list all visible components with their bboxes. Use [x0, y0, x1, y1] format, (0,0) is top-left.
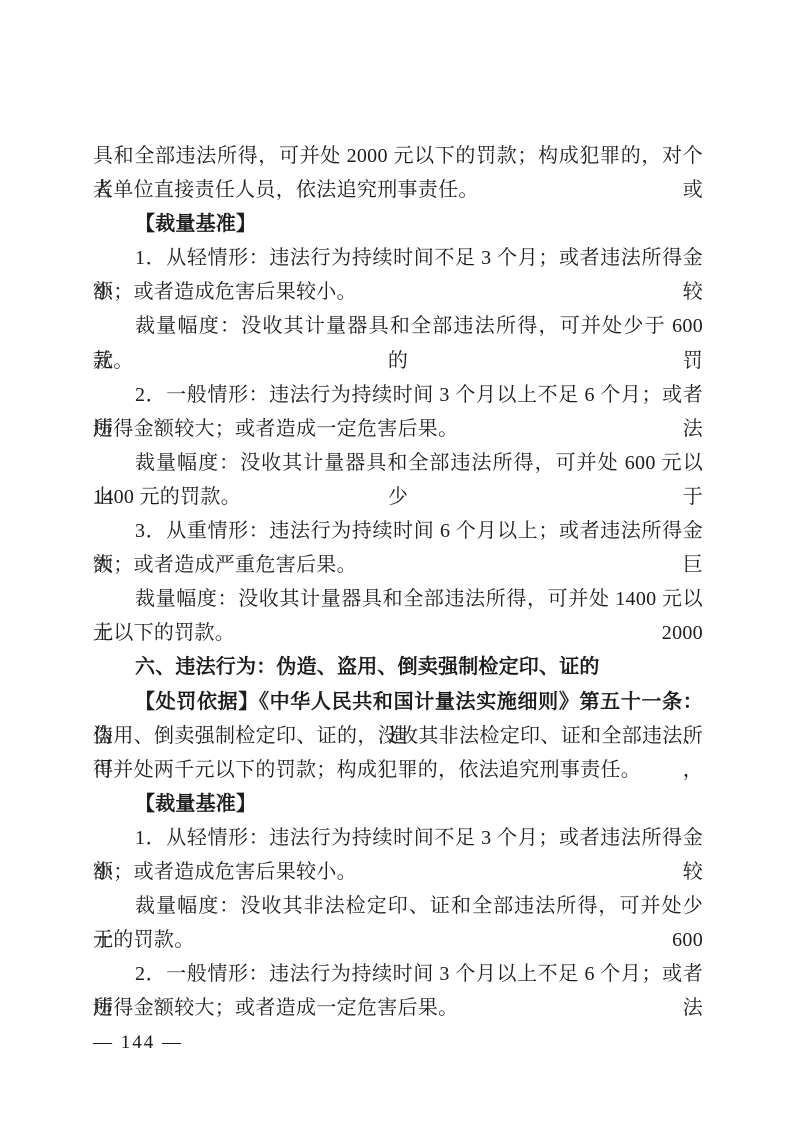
body-line: 1．从轻情形：违法行为持续时间不足 3 个月；或者违法所得金额较 [93, 821, 703, 855]
body-line: 裁量幅度：没收其计量器具和全部违法所得，可并处少于 600 元的罚 [93, 309, 703, 343]
body-line: 具和全部违法所得，可并处 2000 元以下的罚款；构成犯罪的，对个人或 [93, 139, 703, 173]
document-page: 具和全部违法所得，可并处 2000 元以下的罚款；构成犯罪的，对个人或 者单位直… [0, 0, 793, 1122]
body-line: 裁量幅度：没收其非法检定印、证和全部违法所得，可并处少于 600 [93, 889, 703, 923]
body-line: 3．从重情形：违法行为持续时间 6 个月以上；或者违法所得金额巨 [93, 514, 703, 548]
discretion-basis-heading: 【裁量基准】 [93, 787, 703, 821]
penalty-basis-label: 【处罚依据】《中华人民共和国计量法实施细则》第五十一条： [135, 691, 703, 713]
body-line: 2．一般情形：违法行为持续时间 3 个月以上不足 6 个月；或者违法 [93, 957, 703, 991]
section-six-heading: 六、违法行为：伪造、盗用、倒卖强制检定印、证的 [93, 650, 703, 684]
body-line: 裁量幅度：没收其计量器具和全部违法所得，可并处 600 元以上少于 [93, 446, 703, 480]
page-number: — 144 — [93, 1031, 183, 1055]
body-line: 1．从轻情形：违法行为持续时间不足 3 个月；或者违法所得金额较 [93, 241, 703, 275]
body-line: 盗用、倒卖强制检定印、证的，没收其非法检定印、证和全部违法所得， [93, 719, 703, 753]
body-line: 2．一般情形：违法行为持续时间 3 个月以上不足 6 个月；或者违法 [93, 378, 703, 412]
page-body-text: 具和全部违法所得，可并处 2000 元以下的罚款；构成犯罪的，对个人或 者单位直… [93, 139, 703, 1025]
body-line: 裁量幅度：没收其计量器具和全部违法所得，可并处 1400 元以上 2000 [93, 582, 703, 616]
penalty-basis-line: 【处罚依据】《中华人民共和国计量法实施细则》第五十一条：伪造、 [93, 685, 703, 719]
discretion-basis-heading: 【裁量基准】 [93, 207, 703, 241]
body-line: 可并处两千元以下的罚款；构成犯罪的，依法追究刑事责任。 [93, 753, 703, 787]
